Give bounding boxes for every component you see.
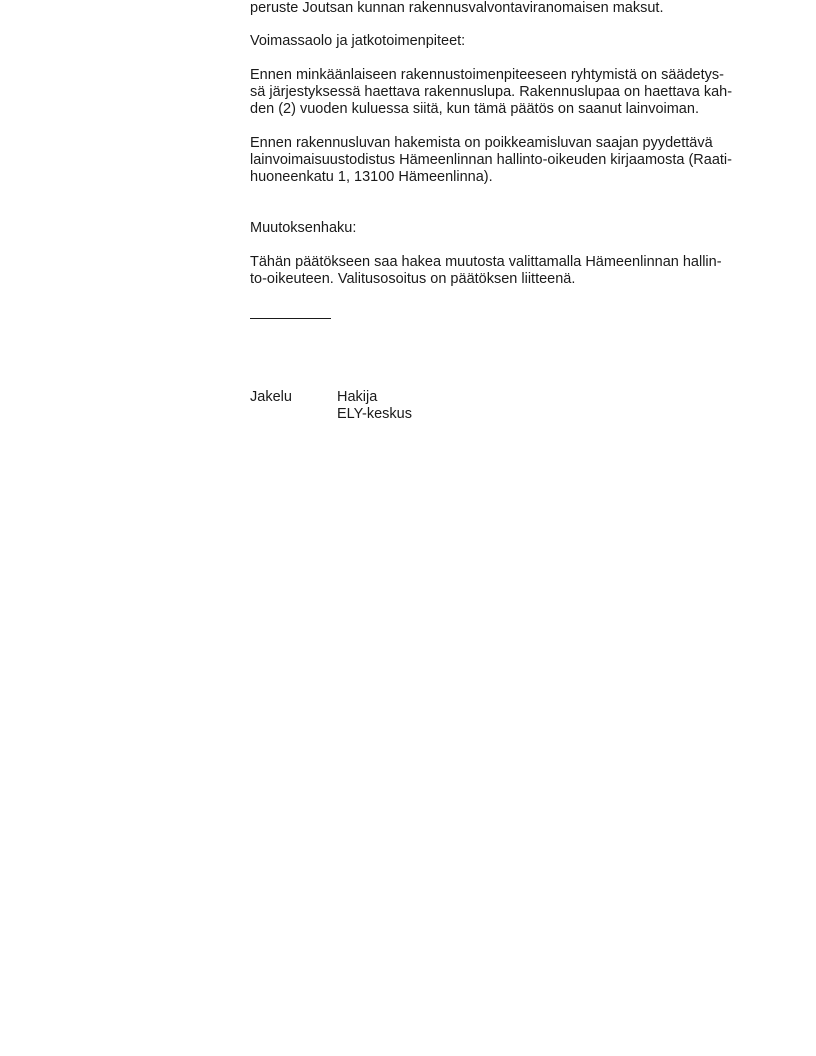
validity-paragraph-2-line: Ennen rakennusluvan hakemista on poikkea… (250, 135, 713, 152)
validity-paragraph-1-line: den (2) vuoden kuluessa siitä, kun tämä … (250, 101, 699, 118)
validity-heading: Voimassaolo ja jatkotoimenpiteet: (250, 33, 465, 50)
validity-paragraph-1-line: sä järjestyksessä haettava rakennuslupa.… (250, 84, 732, 101)
appeal-heading: Muutoksenhaku: (250, 220, 356, 237)
intro-tail-text: peruste Joutsan kunnan rakennusvalvontav… (250, 0, 664, 17)
distribution-label: Jakelu (250, 389, 292, 406)
appeal-paragraph-line: to-oikeuteen. Valitusosoitus on päätökse… (250, 271, 575, 288)
distribution-recipient: ELY-keskus (337, 406, 412, 423)
signature-rule (250, 318, 331, 319)
validity-paragraph-1-line: Ennen minkäänlaiseen rakennustoimenpitee… (250, 67, 724, 84)
validity-paragraph-2-line: huoneenkatu 1, 13100 Hämeenlinna). (250, 169, 493, 186)
distribution-recipient: Hakija (337, 389, 377, 406)
validity-paragraph-2-line: lainvoimaisuustodistus Hämeenlinnan hall… (250, 152, 732, 169)
appeal-paragraph-line: Tähän päätökseen saa hakea muutosta vali… (250, 254, 722, 271)
